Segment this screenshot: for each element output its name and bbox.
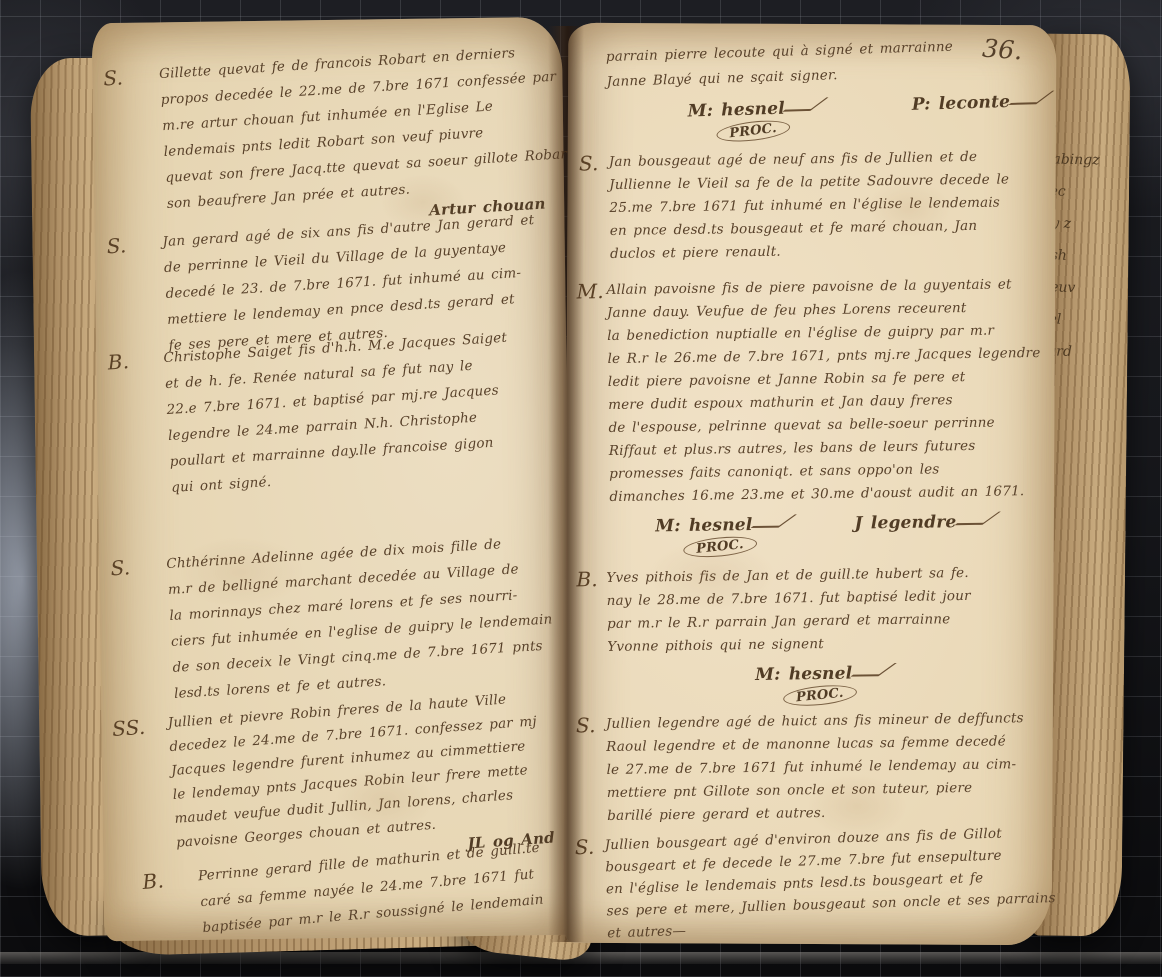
signature-block: M: hesnelPROC. [755, 663, 885, 706]
signature-block: J legendre [854, 512, 989, 555]
entry-margin-letter: S. [106, 233, 127, 258]
manuscript-left-page: S.Gillette quevat fe de francois Robart … [92, 17, 575, 941]
left-page-entries: S.Gillette quevat fe de francois Robart … [92, 17, 575, 941]
entry-line: duclos et piere renault. [610, 237, 1034, 266]
entry-signatures: M: hesnelPROC.J legendre [610, 511, 1035, 558]
signature-title: PROC. [782, 682, 857, 708]
entry-margin-letter: B. [576, 567, 598, 591]
register-entry: S.Jan bousgeaut agé de neuf ans fis de J… [609, 145, 1035, 266]
entry-margin-letter: S. [579, 151, 599, 175]
signature-name: M: hesnel [655, 515, 752, 536]
manuscript-right-page: 36. parrain pierre lecoute qui à signé e… [564, 23, 1057, 946]
register-entry: S.Chthérinne Adelinne agée de dix mois f… [166, 528, 559, 706]
signature-name: J legendre [854, 512, 956, 533]
signature-block: M: hesnelPROC. [655, 515, 785, 558]
manuscript-photo: lehabingzrecuy zpshheuvvelcard S.Gillett… [0, 0, 1162, 977]
entry-margin-letter: M. [576, 279, 604, 303]
register-entry: S.Jullien legendre agé de huict ans fis … [606, 707, 1032, 828]
signature-paraph [850, 663, 896, 677]
entry-margin-letter: S. [574, 835, 594, 860]
register-entry: B.Yves pithois fis de Jan et de guill.te… [606, 561, 1032, 708]
entry-margin-letter: B. [141, 868, 164, 894]
entry-line: Yvonne pithois qui ne signent [607, 630, 1031, 659]
entry-margin-letter: S. [103, 65, 124, 90]
register-entry: B.Christophe Saiget fis d'h.h. M.e Jacqu… [163, 322, 556, 500]
entry-signatures: M: hesnelPROC. [608, 661, 1033, 708]
register-entry: S.Gillette quevat fe de francois Robart … [158, 38, 552, 234]
entry-margin-letter: S. [110, 555, 131, 580]
entry-margin-letter: B. [107, 349, 130, 374]
signature-paraph [750, 514, 796, 528]
right-page-entries: S.Jan bousgeaut agé de neuf ans fis de J… [564, 23, 1057, 946]
register-entry: S.Jullien bousgeart agé d'environ douze … [604, 822, 1031, 945]
register-entry: M.Allain pavoisne fis de piere pavoisne … [606, 273, 1034, 558]
entry-line: dimanches 16.me 23.me et 30.me d'aoust a… [609, 480, 1033, 509]
signature-title: PROC. [683, 534, 758, 560]
signature-paraph [954, 512, 1000, 526]
signature-name: M: hesnel [755, 664, 852, 685]
entry-margin-letter: S. [576, 713, 596, 737]
entry-margin-letter: SS. [111, 715, 146, 741]
